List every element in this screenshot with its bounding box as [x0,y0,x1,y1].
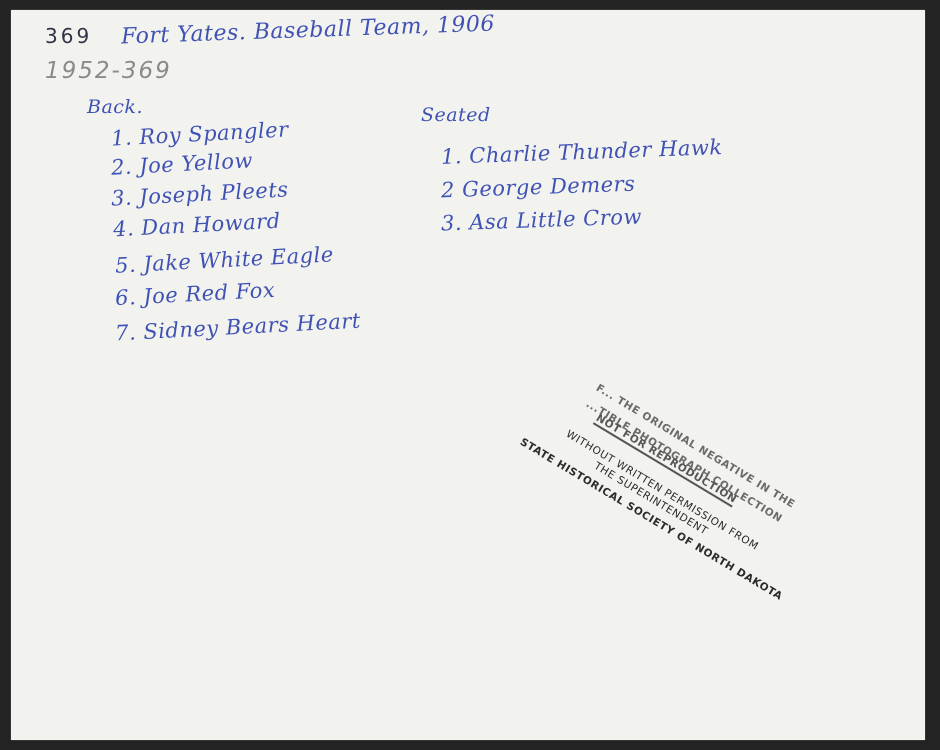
seated-row-player: 2 George Demers [441,172,636,203]
stamp-line: STATE HISTORICAL SOCIETY OF NORTH DAKOTA [518,436,785,603]
document-title: Fort Yates. Baseball Team, 1906 [121,11,496,49]
back-row-player: 1. Roy Spangler [110,117,289,150]
back-row-player: 3. Joseph Pleets [110,177,289,210]
back-row-heading: Back. [87,96,143,118]
back-row-player: 6. Joe Red Fox [114,278,275,310]
seated-row-player: 1. Charlie Thunder Hawk [441,135,723,169]
photo-back-paper: 369 Fort Yates. Baseball Team, 1906 1952… [11,10,925,740]
stamp-line: F... THE ORIGINAL NEGATIVE IN THE [594,382,797,511]
back-row-player: 2. Joe Yellow [110,148,253,179]
seated-row-heading: Seated [421,104,491,126]
seated-row-player: 3. Asa Little Crow [441,205,643,236]
back-row-player: 4. Dan Howard [112,209,281,242]
back-row-player: 7. Sidney Bears Heart [115,309,362,346]
archive-stamp: F... THE ORIGINAL NEGATIVE IN THE ...TIB… [520,380,820,610]
back-row-player: 5. Jake White Eagle [115,242,335,277]
catalog-number: 369 [45,24,92,48]
accession-number: 1952-369 [45,58,172,84]
